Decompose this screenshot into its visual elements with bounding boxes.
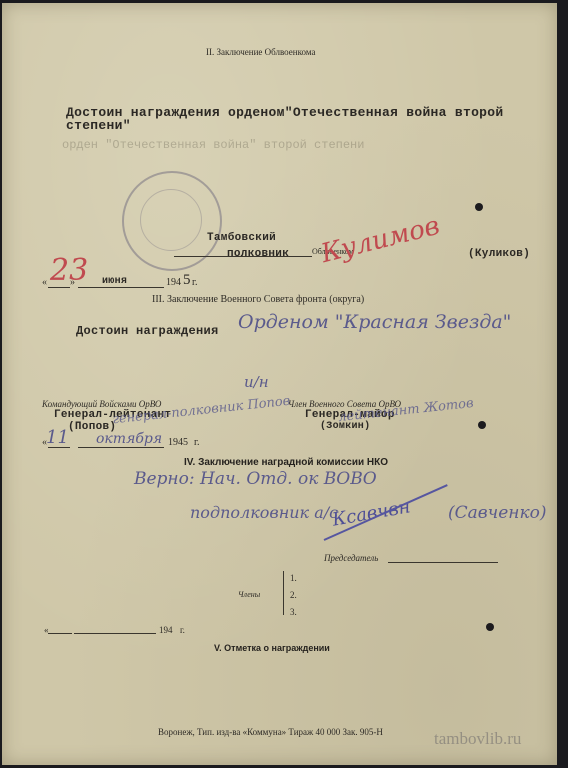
section2-heading: II. Заключение Облвоенкома bbox=[206, 47, 315, 57]
section3-typed-label: Достоин награждения bbox=[76, 324, 219, 338]
section3-handwritten-note: и/н bbox=[244, 373, 269, 391]
section4-handwritten-line2: подполковник а/с bbox=[190, 503, 338, 522]
section2-typed-region: Тамбовский bbox=[207, 232, 276, 244]
date-quote-close: » bbox=[70, 277, 75, 288]
section2-date-year-prefix: 194 bbox=[166, 277, 181, 288]
section4-handwritten-line1: Верно: Нач. Отд. ок ВОВО bbox=[134, 469, 377, 489]
document-page: II. Заключение Облвоенкома Достоин награ… bbox=[2, 3, 557, 765]
section2-date-month: июня bbox=[102, 276, 127, 287]
date-month-line bbox=[74, 633, 156, 634]
chairman-label: Председатель bbox=[324, 553, 378, 563]
section3-date-year: 1945 bbox=[168, 437, 188, 448]
date-day-line bbox=[48, 633, 72, 634]
watermark: tambovlib.ru bbox=[434, 729, 521, 749]
date-month-line bbox=[78, 447, 164, 448]
section2-bleed-through: орден "Отечественная война" второй степе… bbox=[62, 138, 364, 152]
section4-date-year-prefix: 194 bbox=[159, 625, 173, 635]
section2-typed-line2: степени" bbox=[66, 118, 131, 133]
date-quote-open: « bbox=[42, 277, 47, 288]
section3-date-month: октября bbox=[96, 431, 162, 447]
punch-hole bbox=[486, 623, 494, 631]
section2-date-year-unit: г. bbox=[192, 277, 197, 288]
section2-signature-name: (Куликов) bbox=[468, 248, 530, 260]
punch-hole bbox=[475, 203, 483, 211]
section2-typed-line1: Достоин награждения орденом"Отечественна… bbox=[66, 105, 503, 120]
member-1: 1. bbox=[290, 573, 297, 583]
section4-heading: IV. Заключение наградной комиссии НКО bbox=[184, 457, 388, 468]
member-3: 3. bbox=[290, 607, 297, 617]
printer-imprint: Воронеж, Тип. изд-ва «Коммуна» Тираж 40 … bbox=[158, 727, 383, 737]
section3-date-year-unit: г. bbox=[194, 437, 199, 448]
section3-heading: III. Заключение Военного Совета фронта (… bbox=[152, 294, 364, 305]
date-month-line bbox=[78, 287, 164, 288]
members-bracket bbox=[283, 571, 284, 615]
section2-typed-rank: полковник bbox=[227, 248, 289, 260]
section2-date-year-suffix: 5 bbox=[183, 272, 191, 289]
section5-heading: V. Отметка о награждении bbox=[214, 643, 330, 653]
section3-handwritten-award: Орденом "Красная Звезда" bbox=[238, 311, 511, 333]
section4-signature: Ксавчвн bbox=[331, 496, 412, 530]
section3-date-day: 11 bbox=[46, 427, 69, 448]
chairman-signature-line bbox=[388, 562, 498, 563]
section2-red-signature: Кулимов bbox=[318, 211, 443, 269]
punch-hole bbox=[478, 421, 486, 429]
commander-label: Командующий Войсками ОрВО bbox=[42, 399, 161, 409]
members-label: Члены bbox=[238, 590, 260, 599]
member-2: 2. bbox=[290, 590, 297, 600]
section4-handwritten-name: (Савченко) bbox=[448, 503, 547, 523]
section4-date-year-unit: г. bbox=[180, 625, 185, 635]
